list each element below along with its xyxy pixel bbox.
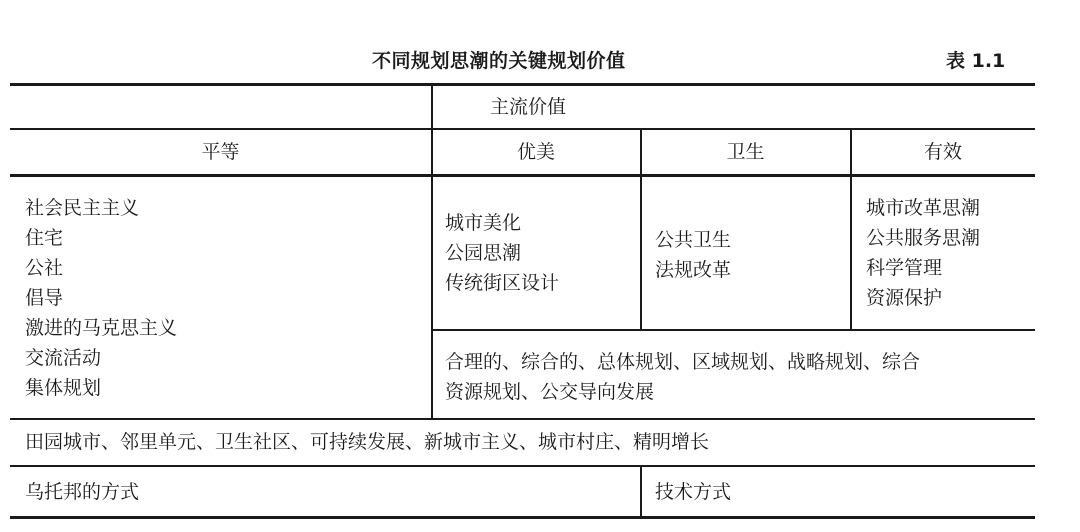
vrule-footer bbox=[640, 466, 642, 517]
rule-mainstream-split bbox=[431, 329, 1035, 331]
rule-shared bbox=[10, 418, 1035, 420]
list-item: 资源保护 bbox=[866, 283, 980, 313]
list-item: 公共服务思潮 bbox=[866, 223, 980, 253]
all-shared-row: 田园城市、邻里单元、卫生社区、可持续发展、新城市主义、城市村庄、精明增长 bbox=[25, 427, 709, 457]
header-group-label: 主流价值 bbox=[490, 92, 566, 122]
column-header-equality: 平等 bbox=[10, 137, 431, 167]
list-item: 激进的马克思主义 bbox=[25, 313, 177, 343]
rule-header bbox=[10, 174, 1035, 177]
list-item: 公社 bbox=[25, 253, 177, 283]
list-item: 科学管理 bbox=[866, 253, 980, 283]
beauty-list: 城市美化 公园思潮 传统街区设计 bbox=[445, 208, 559, 298]
rule-bottom bbox=[10, 516, 1035, 519]
column-header-health: 卫生 bbox=[641, 137, 850, 167]
column-header-beauty: 优美 bbox=[432, 137, 640, 167]
list-item: 城市改革思潮 bbox=[866, 193, 980, 223]
rule-all bbox=[10, 465, 1035, 467]
list-item: 倡导 bbox=[25, 283, 177, 313]
list-item: 城市美化 bbox=[445, 208, 559, 238]
shared-line: 资源规划、公交导向发展 bbox=[445, 377, 920, 407]
mainstream-shared: 合理的、综合的、总体规划、区域规划、战略规划、综合 资源规划、公交导向发展 bbox=[445, 347, 920, 407]
footer-technical: 技术方式 bbox=[655, 477, 731, 507]
efficiency-list: 城市改革思潮 公共服务思潮 科学管理 资源保护 bbox=[866, 193, 980, 313]
list-item: 传统街区设计 bbox=[445, 268, 559, 298]
table-title: 不同规划思潮的关键规划价值 bbox=[372, 46, 626, 73]
footer-utopian: 乌托邦的方式 bbox=[25, 477, 139, 507]
shared-line: 合理的、综合的、总体规划、区域规划、战略规划、综合 bbox=[445, 347, 920, 377]
vrule-main bbox=[431, 84, 433, 419]
list-item: 社会民主主义 bbox=[25, 193, 177, 223]
health-list: 公共卫生 法规改革 bbox=[655, 225, 731, 285]
list-item: 住宅 bbox=[25, 223, 177, 253]
list-item: 法规改革 bbox=[655, 255, 731, 285]
rule-top bbox=[10, 83, 1035, 86]
list-item: 集体规划 bbox=[25, 373, 177, 403]
column-header-efficiency: 有效 bbox=[851, 137, 1035, 167]
list-item: 公园思潮 bbox=[445, 238, 559, 268]
table-number: 表 1.1 bbox=[946, 46, 1005, 73]
list-item: 公共卫生 bbox=[655, 225, 731, 255]
rule-header-group bbox=[10, 128, 1035, 130]
list-item: 交流活动 bbox=[25, 343, 177, 373]
equality-list: 社会民主主义 住宅 公社 倡导 激进的马克思主义 交流活动 集体规划 bbox=[25, 193, 177, 403]
